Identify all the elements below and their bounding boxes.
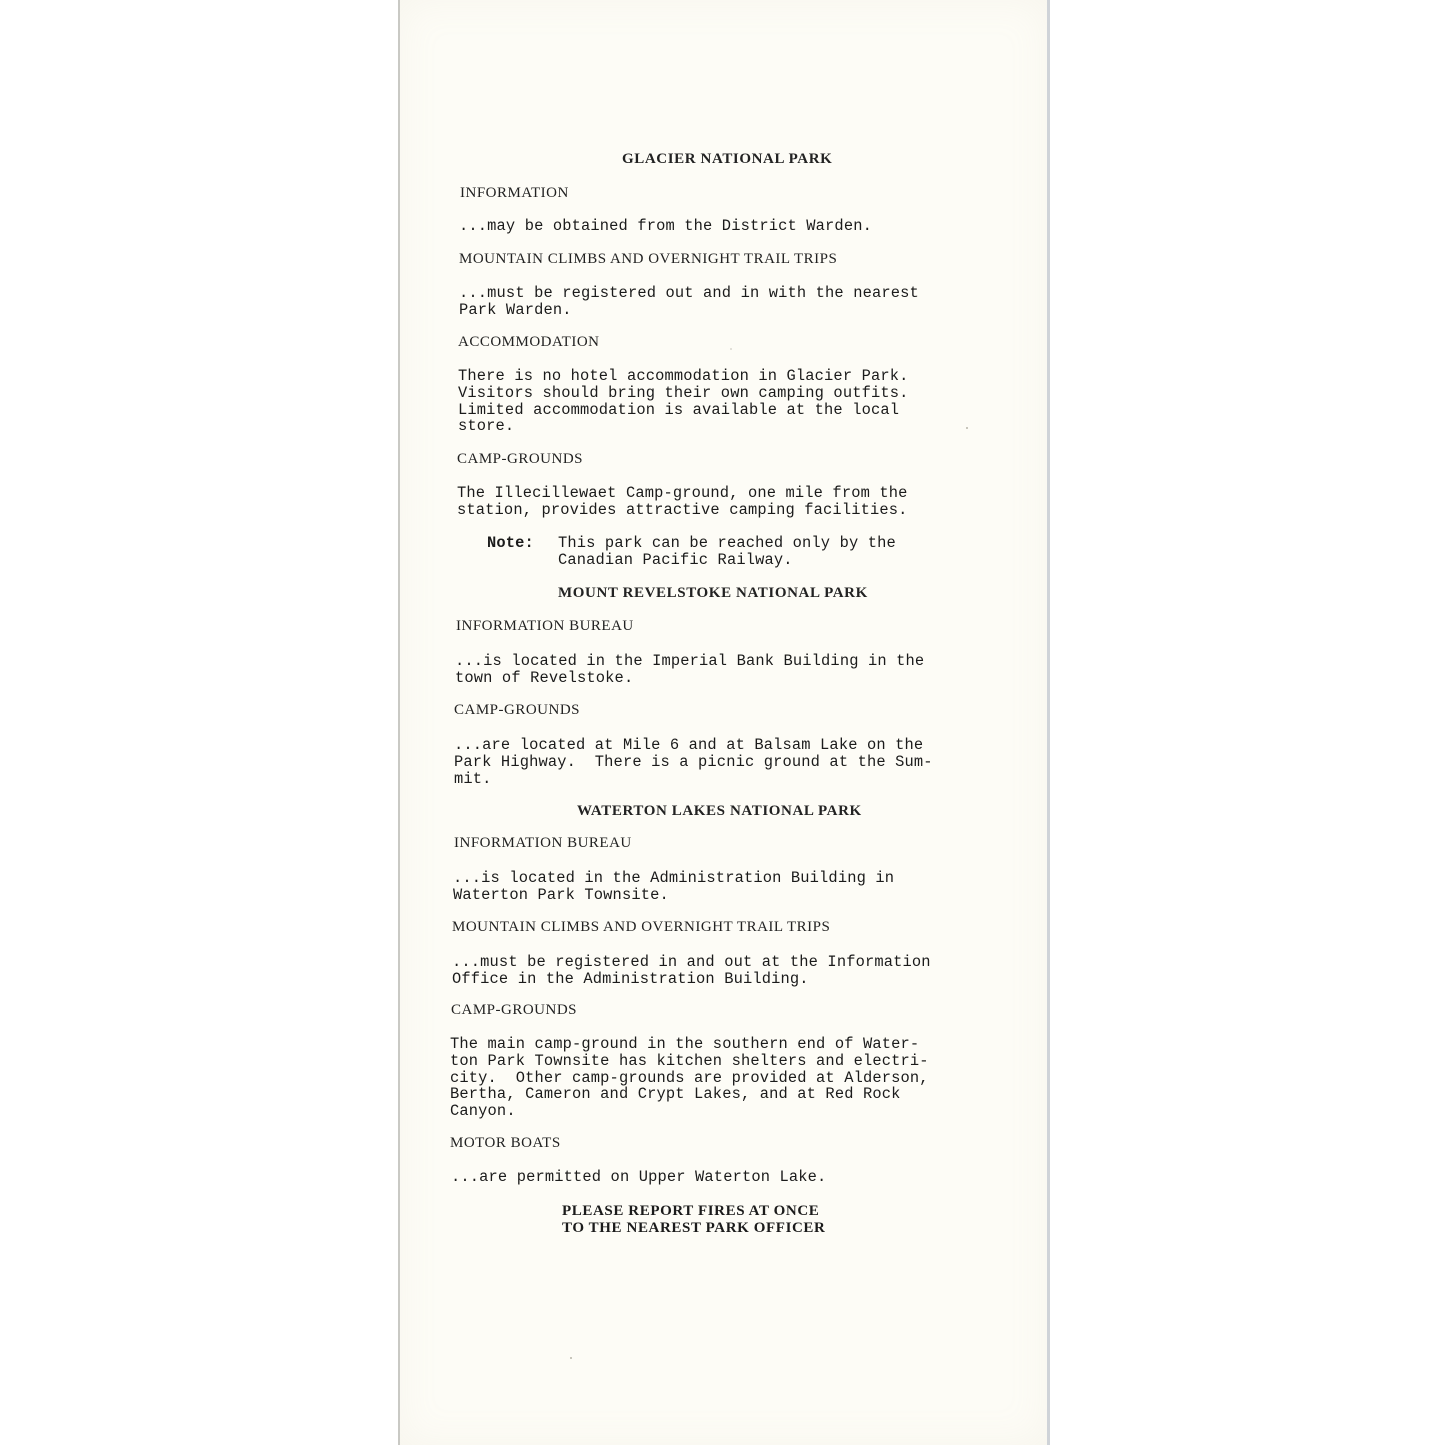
body-line: Canyon. bbox=[450, 1103, 929, 1120]
section-title-waterton: WATERTON LAKES NATIONAL PARK bbox=[577, 803, 862, 820]
body-line: There is no hotel accommodation in Glaci… bbox=[458, 368, 909, 385]
body-line: Waterton Park Townsite. bbox=[453, 887, 894, 904]
heading-motor-boats: MOTOR BOATS bbox=[450, 1135, 561, 1152]
body-line: ...must be registered in and out at the … bbox=[452, 954, 931, 971]
section-title-glacier: GLACIER NATIONAL PARK bbox=[622, 151, 832, 168]
note-text: This park can be reached only by the Can… bbox=[558, 535, 896, 569]
body-mountain-climbs-waterton: ...must be registered in and out at the … bbox=[452, 954, 931, 988]
paper-speck bbox=[730, 348, 732, 350]
body-camp-grounds-waterton: The main camp-ground in the southern end… bbox=[450, 1036, 929, 1120]
body-line: Park Warden. bbox=[459, 302, 919, 319]
body-line: mit. bbox=[454, 771, 933, 788]
body-line: Park Highway. There is a picnic ground a… bbox=[454, 754, 933, 771]
body-information-bureau-waterton: ...is located in the Administration Buil… bbox=[453, 870, 894, 904]
body-line: ...is located in the Administration Buil… bbox=[453, 870, 894, 887]
body-line: Bertha, Cameron and Crypt Lakes, and at … bbox=[450, 1086, 929, 1103]
note-line: This park can be reached only by the bbox=[558, 535, 896, 552]
heading-information-bureau-revelstoke: INFORMATION BUREAU bbox=[456, 618, 634, 635]
body-camp-grounds-revelstoke: ...are located at Mile 6 and at Balsam L… bbox=[454, 737, 933, 787]
fire-notice-line: TO THE NEAREST PARK OFFICER bbox=[562, 1220, 825, 1237]
body-line: ...is located in the Imperial Bank Build… bbox=[455, 653, 924, 670]
heading-accommodation: ACCOMMODATION bbox=[458, 334, 600, 351]
body-camp-grounds-glacier: The Illecillewaet Camp-ground, one mile … bbox=[457, 485, 908, 519]
heading-information-bureau-waterton: INFORMATION BUREAU bbox=[454, 835, 632, 852]
body-line: Office in the Administration Building. bbox=[452, 971, 931, 988]
body-line: city. Other camp-grounds are provided at… bbox=[450, 1070, 929, 1087]
heading-camp-grounds-waterton: CAMP-GROUNDS bbox=[451, 1002, 577, 1019]
body-information-bureau-revelstoke: ...is located in the Imperial Bank Build… bbox=[455, 653, 924, 687]
paper-speck bbox=[966, 427, 968, 429]
body-line: ton Park Townsite has kitchen shelters a… bbox=[450, 1053, 929, 1070]
heading-camp-grounds-revelstoke: CAMP-GROUNDS bbox=[454, 702, 580, 719]
fire-notice: PLEASE REPORT FIRES AT ONCE TO THE NEARE… bbox=[562, 1203, 825, 1237]
body-line: Visitors should bring their own camping … bbox=[458, 385, 909, 402]
body-mountain-climbs: ...must be registered out and in with th… bbox=[459, 285, 919, 319]
body-line: The Illecillewaet Camp-ground, one mile … bbox=[457, 485, 908, 502]
heading-camp-grounds-glacier: CAMP-GROUNDS bbox=[457, 451, 583, 468]
heading-mountain-climbs-waterton: MOUNTAIN CLIMBS AND OVERNIGHT TRAIL TRIP… bbox=[452, 919, 830, 936]
body-line: ...are located at Mile 6 and at Balsam L… bbox=[454, 737, 933, 754]
body-line: store. bbox=[458, 418, 909, 435]
document-page: GLACIER NATIONAL PARK INFORMATION ...may… bbox=[398, 0, 1047, 1445]
note-line: Canadian Pacific Railway. bbox=[558, 552, 896, 569]
section-title-revelstoke: MOUNT REVELSTOKE NATIONAL PARK bbox=[558, 585, 868, 602]
paper-speck bbox=[570, 1357, 572, 1359]
fire-notice-line: PLEASE REPORT FIRES AT ONCE bbox=[562, 1203, 825, 1220]
body-line: station, provides attractive camping fac… bbox=[457, 502, 908, 519]
body-motor-boats: ...are permitted on Upper Waterton Lake. bbox=[451, 1169, 826, 1186]
body-line: ...must be registered out and in with th… bbox=[459, 285, 919, 302]
body-line: town of Revelstoke. bbox=[455, 670, 924, 687]
note-label: Note: bbox=[487, 535, 534, 552]
body-line: Limited accommodation is available at th… bbox=[458, 402, 909, 419]
body-line: The main camp-ground in the southern end… bbox=[450, 1036, 929, 1053]
body-accommodation: There is no hotel accommodation in Glaci… bbox=[458, 368, 909, 435]
heading-mountain-climbs: MOUNTAIN CLIMBS AND OVERNIGHT TRAIL TRIP… bbox=[459, 251, 837, 268]
heading-information: INFORMATION bbox=[460, 185, 569, 202]
body-information: ...may be obtained from the District War… bbox=[459, 218, 872, 235]
